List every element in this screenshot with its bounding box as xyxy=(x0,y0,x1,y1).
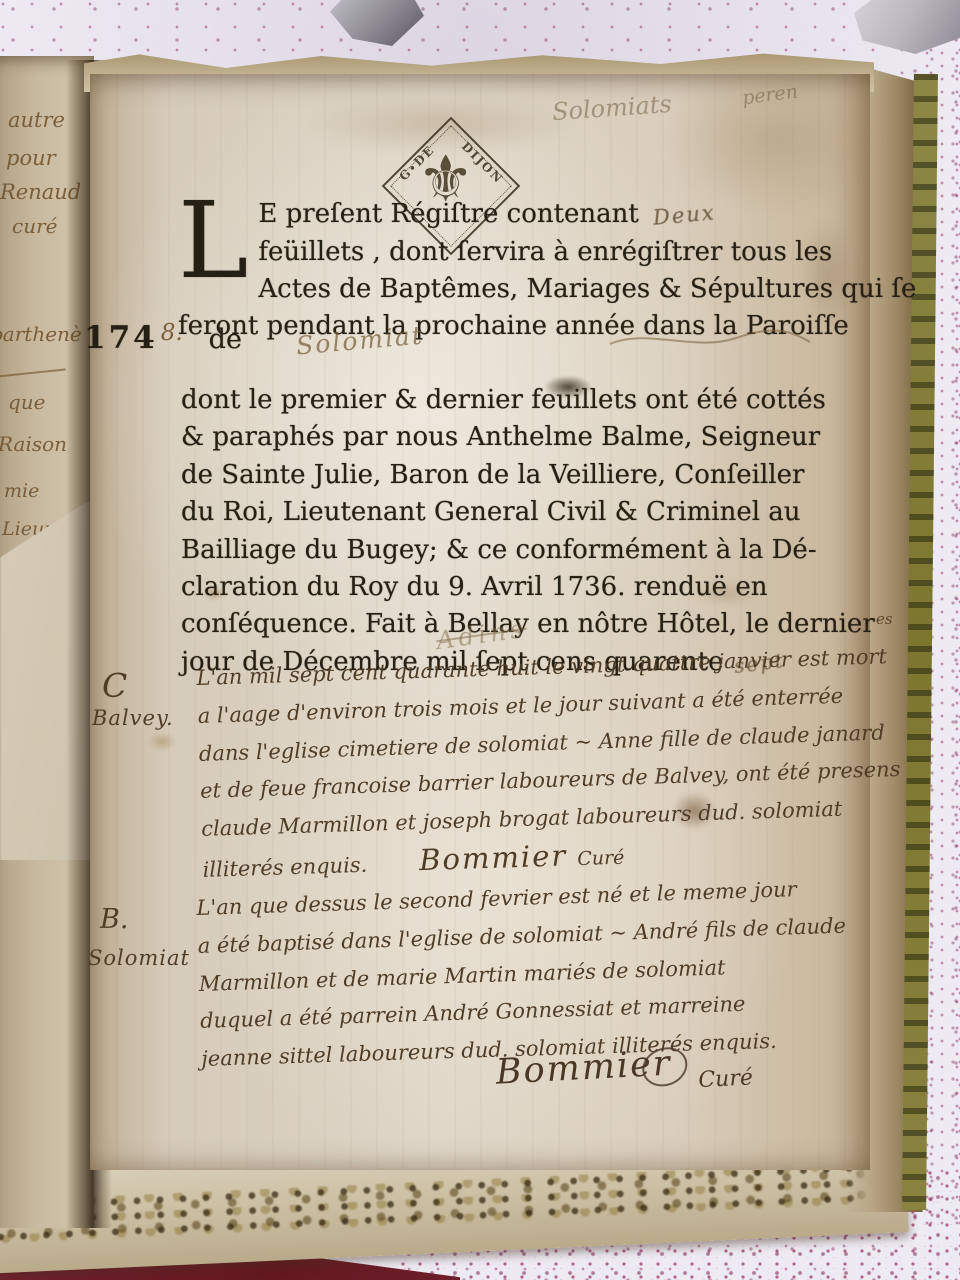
priest-signature: Bommier xyxy=(495,1044,673,1093)
printed-year: 174 xyxy=(84,320,158,356)
left-page-word: Raison xyxy=(0,432,67,456)
priest-title: Curé xyxy=(577,847,625,870)
left-page-word: pour xyxy=(6,146,56,170)
printed-de: de xyxy=(209,324,242,355)
entry1-margin-place: Balvey. xyxy=(92,706,174,730)
printed-intro: L E preſent Régiſtre contenantDeux feüil… xyxy=(178,196,834,345)
priest-title: Curé xyxy=(698,1065,754,1093)
paper-stain xyxy=(148,732,176,751)
body-line: claration du Roy du 9. Avril 1736. rendu… xyxy=(181,569,857,606)
year-line: 1748.de xyxy=(84,320,242,356)
entry-closing: illiterés enquis. xyxy=(202,853,367,882)
entry1-margin-letter: C xyxy=(102,666,127,705)
body-line: de Sainte Julie, Baron de la Veilliere, … xyxy=(181,457,857,494)
intro-line: E preſent Régiſtre contenant xyxy=(258,199,638,229)
priest-signature: Bommier xyxy=(419,838,568,877)
handwritten-folio-count: Deux xyxy=(651,194,717,236)
left-page-word: autre xyxy=(8,108,65,132)
drop-cap: L xyxy=(178,202,248,280)
body-line: dont le premier & dernier feuillets ont … xyxy=(181,382,857,419)
intro-line: Actes de Baptêmes, Mariages & Sépultures… xyxy=(178,271,834,308)
entry2-margin-place: Solomiat xyxy=(88,946,190,970)
entry2-baptism-record: L'an que dessus le second fevrier est né… xyxy=(196,867,926,1079)
left-page-word: curé xyxy=(12,214,57,238)
pen-flourish xyxy=(606,326,816,356)
left-page-word: mie xyxy=(4,480,39,502)
handwritten-year-digit: 8. xyxy=(161,320,183,346)
torn-edge-text-fragment: es xyxy=(876,610,893,628)
entry1-burial-record: L'an mil sept cent quarante huit le ving… xyxy=(196,637,927,890)
intro-line: feüillets , dont ſervira à enrégiſtrer t… xyxy=(178,234,834,271)
body-line: du Roi, Lieutenant General Civil & Crimi… xyxy=(181,494,857,531)
photo-parish-register: autre pour Renaud curé parthenè que Rais… xyxy=(0,0,960,1280)
left-page-dash xyxy=(0,368,66,377)
entry2-margin-letter: B. xyxy=(100,904,128,935)
left-page-word: que xyxy=(8,390,46,414)
body-line: & paraphés par nous Anthelme Balme, Seig… xyxy=(181,419,857,456)
body-line: Bailliage du Bugey; & ce conformément à … xyxy=(181,532,857,569)
